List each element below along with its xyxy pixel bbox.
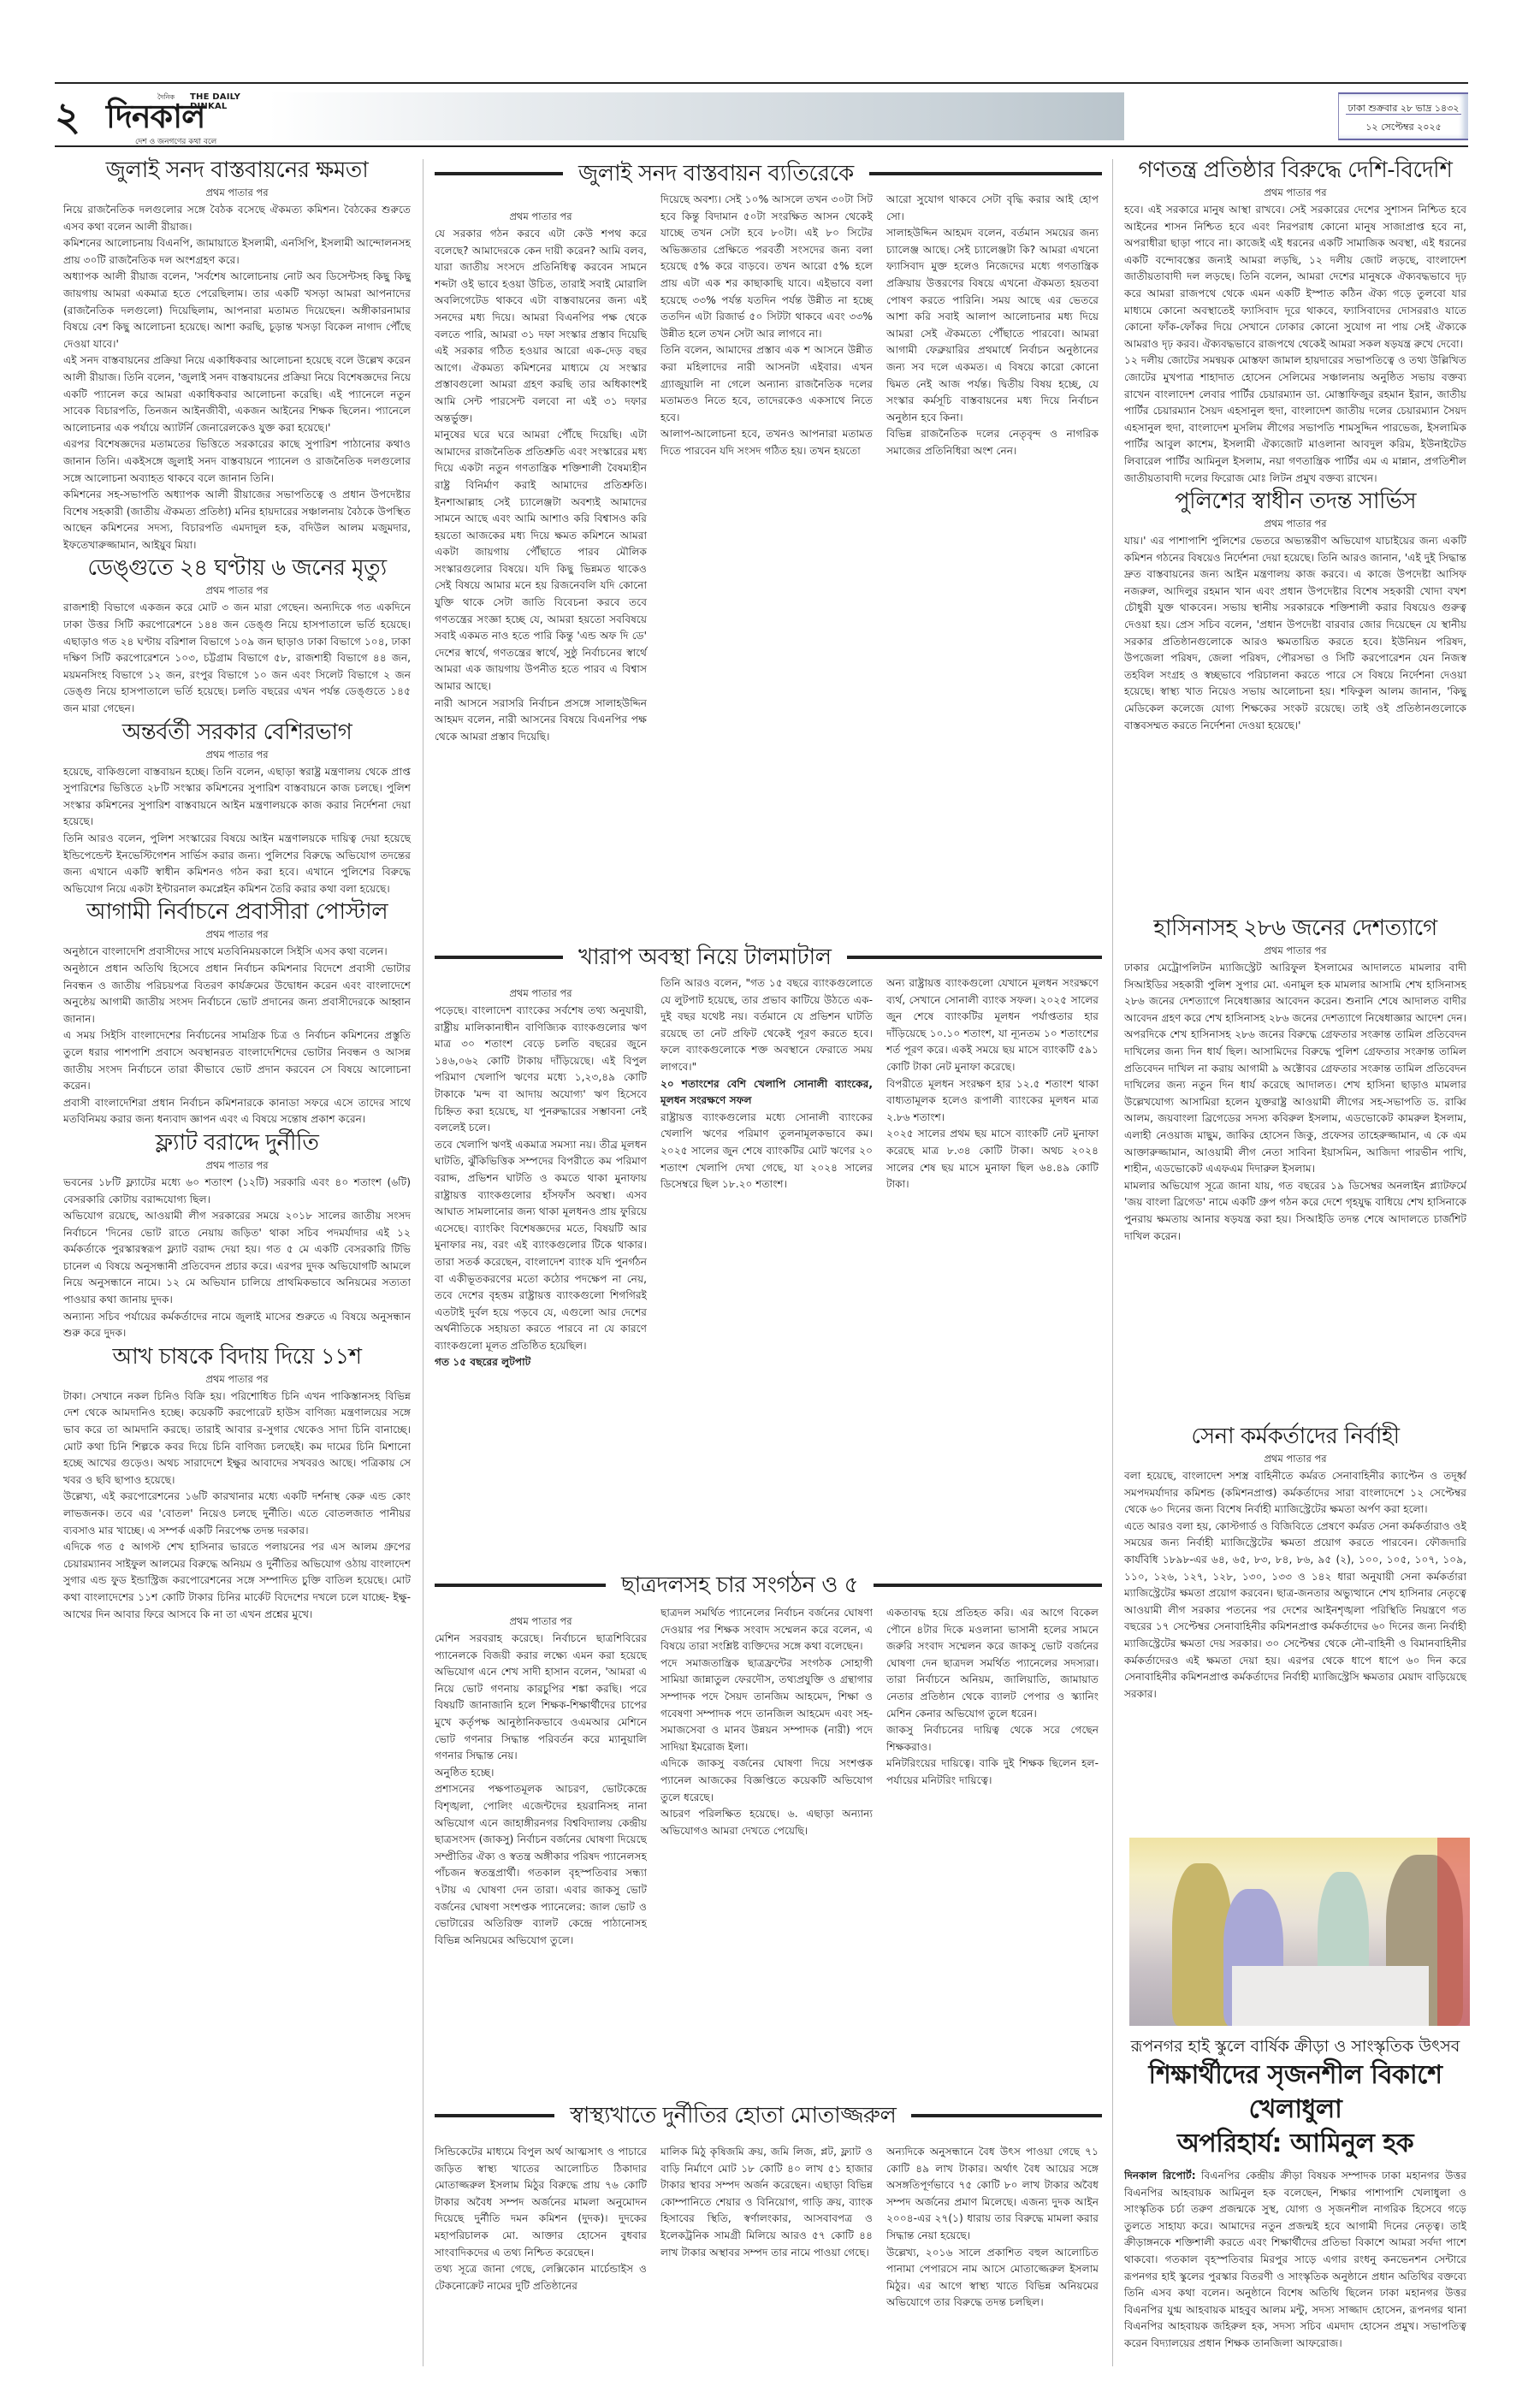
paragraph: ঢাকার মেট্রোপলিটন ম্যাজিস্ট্রেট আরিফুল ই… — [1124, 960, 1466, 1178]
masthead-gradient-band — [269, 92, 1124, 140]
article-column: আরো সুযোগ থাকবে সেটা বৃদ্ধি করার আই হোপ … — [886, 192, 1099, 460]
headline-rule — [869, 172, 1102, 175]
article-bad-condition: খারাপ অবস্থা নিয়ে টালমাটাল — [435, 943, 1102, 972]
headline[interactable]: অন্তর্বর্তী সরকার বেশিরভাগ — [63, 718, 411, 747]
newspaper-page: ২ দৈনিক THE DAILY DINKAL দিনকাল দেশ ও জন… — [55, 82, 1468, 2375]
paragraph: বিভিন্ন রাজনৈতিক দলের নেতৃবৃন্দ ও নাগরিক… — [886, 426, 1099, 459]
paragraph: ছাত্রদল সমর্থিত প্যানেলের নির্বাচন বর্জন… — [660, 1605, 873, 1655]
article-health-corruption: স্বাস্থ্যখাতে দুর্নীতির হোতা মোতাজ্জরুল — [435, 2101, 1102, 2130]
headline[interactable]: জুলাই সনদ বাস্তবায়নের ক্ষমতা — [63, 156, 411, 185]
article-july-charter-without: জুলাই সনদ বাস্তবায়ন ব্যতিরেকে — [435, 159, 1102, 188]
headline-row: খারাপ অবস্থা নিয়ে টালমাটাল — [435, 943, 1102, 972]
jump-label: প্রথম পাতার পর — [1124, 185, 1466, 200]
paragraph: টাকা। সেখানে নকল চিনিও বিক্রি হয়। পরিশো… — [63, 1388, 411, 1489]
paragraph: উল্লেখ্য, ২০১৬ সালে প্রকাশিত বহুল আলোচিত… — [886, 2245, 1099, 2312]
right-column-lower: সেনা কর্মকর্তাদের নির্বাহী প্রথম পাতার প… — [1124, 1422, 1466, 1827]
article-july-charter-power: জুলাই সনদ বাস্তবায়নের ক্ষমতা প্রথম পাতা… — [63, 156, 411, 554]
headline[interactable]: স্বাস্থ্যখাতে দুর্নীতির হোতা মোতাজ্জরুল — [570, 2101, 896, 2130]
paragraph: নিয়ে রাজনৈতিক দলগুলোর সঙ্গে বৈঠক বসেছে … — [63, 202, 411, 235]
headline[interactable]: গণতন্ত্র প্রতিষ্ঠার বিরুদ্ধে দেশি-বিদেশি — [1124, 156, 1466, 185]
paragraph: ২০২৫ সালের প্রথম ছয় মাসে ব্যাংকটি নেট ম… — [886, 1126, 1099, 1193]
paragraph: মালিক মিঠু কৃষিজমি ক্রয়, জমি লিজ, প্লট,… — [660, 2144, 873, 2261]
article-column: দিয়েছে অবশ্য। সেই ১০% আসলে তখন ৩০টা সিট… — [660, 192, 873, 460]
headline[interactable]: ছাত্রদলসহ চার সংগঠন ও ৫ — [621, 1571, 858, 1600]
paragraph: প্রবাসী বাংলাদেশিরা প্রধান নির্বাচন কমিশ… — [63, 1095, 411, 1128]
jump-label: প্রথম পাতার পর — [63, 185, 411, 200]
article-police-service: পুলিশের স্বাধীন তদন্ত সার্ভিস প্রথম পাতা… — [1124, 487, 1466, 734]
headline-rule — [874, 1584, 1102, 1587]
article-column: প্রথম পাতার পর পড়েছে। বাংলাদেশ ব্যাংকের… — [435, 986, 647, 1371]
body-text: বিএনপির কেন্দ্রীয় ক্রীড়া বিষয়ক সম্পাদ… — [1124, 2170, 1466, 2349]
paragraph: রাষ্ট্রায়ত্ত ব্যাংকগুলোর মধ্যে সোনালী ব… — [660, 1110, 873, 1193]
headline[interactable]: আখ চাষকে বিদায় দিয়ে ১১শ — [63, 1342, 411, 1371]
paragraph: বিপরীতে মূলধন সংরক্ষণ হার ১২.৫ শতাংশ থাক… — [886, 1076, 1099, 1127]
paragraph: এদিকে গত ৫ আগস্ট শেখ হাসিনার ভারতে পলায়… — [63, 1539, 411, 1623]
jump-label: প্রথম পাতার পর — [63, 1158, 411, 1173]
left-column: জুলাই সনদ বাস্তবায়নের ক্ষমতা প্রথম পাতা… — [63, 156, 411, 1623]
jump-label: প্রথম পাতার পর — [1124, 516, 1466, 531]
headline-rule — [435, 172, 563, 175]
paragraph: অনুষ্ঠানে বাংলাদেশি প্রবাসীদের সাথে মতবি… — [63, 944, 411, 961]
headline-row: জুলাই সনদ বাস্তবায়ন ব্যতিরেকে — [435, 159, 1102, 188]
article-column: একতাবদ্ধ হয়ে প্রতিহত করি। এর আগে বিকেল … — [886, 1605, 1099, 2093]
paragraph: একতাবদ্ধ হয়ে প্রতিহত করি। এর আগে বিকেল … — [886, 1605, 1099, 1722]
headline-row: ছাত্রদলসহ চার সংগঠন ও ৫ — [435, 1571, 1102, 1600]
headline-line-2[interactable]: অপরিহার্য: আমিনুল হক — [1124, 2127, 1466, 2161]
headline-rule — [435, 2114, 554, 2117]
paragraph: মেশিন সরবরাহ করেছে। নির্বাচনে ছাত্রশিবির… — [435, 1631, 647, 1765]
headline[interactable]: আগামী নির্বাচনে প্রবাসীরা পোস্টাল — [63, 897, 411, 927]
newspaper-logo[interactable]: দৈনিক THE DAILY DINKAL দিনকাল দেশ ও জনগণ… — [106, 87, 277, 145]
article-column: প্রথম পাতার পর মেশিন সরবরাহ করেছে। নির্ব… — [435, 1613, 647, 2093]
paragraph: হয়েছে, বাকিগুলো বাস্তবায়ন হচ্ছে। তিনি … — [63, 764, 411, 831]
headline[interactable]: হাসিনাসহ ২৮৬ জনের দেশত্যাগে — [1124, 914, 1466, 943]
jump-label: প্রথম পাতার পর — [1124, 1451, 1466, 1466]
paragraph: মামলার অভিযোগ সূত্রে জানা যায়, গত বছরের… — [1124, 1178, 1466, 1245]
paragraph: অভিযোগ রয়েছে, আওয়ামী লীগ সরকারের সময়ে… — [63, 1208, 411, 1309]
right-column-top: গণতন্ত্র প্রতিষ্ঠার বিরুদ্ধে দেশি-বিদেশি… — [1124, 156, 1466, 909]
paragraph: কমিশনের সহ-সভাপতি অধ্যাপক আলী রীয়াজের স… — [63, 487, 411, 554]
column-divider — [1112, 159, 1113, 2366]
paragraph: এ সময় সিইসি বাংলাদেশের নির্বাচনের সামগ্… — [63, 1027, 411, 1094]
headline-rule — [435, 956, 563, 959]
article-column: অন্য রাষ্ট্রায়ত্ত ব্যাংকগুলো যেখানে মূল… — [886, 975, 1099, 1193]
headline[interactable]: ডেঙ্গুতে ২৪ ঘণ্টায় ৬ জনের মৃত্যু — [63, 554, 411, 583]
article-column: অন্যদিকে অনুসন্ধানে বৈধ উৎস পাওয়া গেছে … — [886, 2144, 1099, 2358]
headline[interactable]: সেনা কর্মকর্তাদের নির্বাহী — [1124, 1422, 1466, 1451]
paragraph: সিন্ডিকেটের মাধ্যমে বিপুল অর্থ আত্মসাৎ ও… — [435, 2144, 647, 2261]
article-flat-corruption: ফ্ল্যাট বরাদ্দে দুর্নীতি প্রথম পাতার পর … — [63, 1128, 411, 1342]
paragraph: তবে খেলাপি ঋণই একমাত্র সমস্যা নয়। তীব্র… — [435, 1137, 647, 1355]
paragraph: এই সনদ বাস্তবায়নের প্রক্রিয়া নিয়ে একা… — [63, 352, 411, 436]
paragraph: এরপর বিশেষজ্ঞদের মতামতের ভিত্তিতে সরকারে… — [63, 436, 411, 487]
paragraph: এদিকে জাকসু বর্জনের ঘোষণা দিয়ে সংশপ্তক … — [660, 1756, 873, 1806]
article-column: তিনি আরও বলেন, "গত ১৫ বছরে ব্যাংকগুলোতে … — [660, 975, 873, 1193]
paragraph: হবে। এই সরকারে মানুষ আস্থা রাখবে। সেই সর… — [1124, 202, 1466, 352]
right-column-mid: হাসিনাসহ ২৮৬ জনের দেশত্যাগে প্রথম পাতার … — [1124, 914, 1466, 1418]
jump-label: প্রথম পাতার পর — [435, 209, 647, 224]
kicker: রূপনগর হাই স্কুলে বার্ষিক ক্রীড়া ও সাংস… — [1124, 2034, 1466, 2058]
reporter-credit: দিনকাল রিপোর্ট: — [1124, 2170, 1196, 2182]
column-divider — [423, 159, 423, 2366]
jump-label: প্রথম পাতার পর — [435, 1613, 647, 1629]
headline-rule — [911, 2114, 1102, 2117]
paragraph: অনুষ্ঠানে প্রধান অতিথি হিসেবে প্রধান নির… — [63, 961, 411, 1027]
article-column: মালিক মিঠু কৃষিজমি ক্রয়, জমি লিজ, প্লট,… — [660, 2144, 873, 2358]
jump-label: প্রথম পাতার পর — [63, 747, 411, 762]
headline[interactable]: ফ্ল্যাট বরাদ্দে দুর্নীতি — [63, 1128, 411, 1158]
headline[interactable]: খারাপ অবস্থা নিয়ে টালমাটাল — [578, 943, 832, 972]
headline-line-1[interactable]: শিক্ষার্থীদের সৃজনশীল বিকাশে খেলাধুলা — [1124, 2058, 1466, 2127]
paragraph: দিয়েছে অবশ্য। সেই ১০% আসলে তখন ৩০টা সিট… — [660, 192, 873, 342]
logo-name: দিনকাল — [106, 99, 204, 133]
jump-label: প্রথম পাতার পর — [435, 986, 647, 1001]
paragraph: অন্য রাষ্ট্রায়ত্ত ব্যাংকগুলো যেখানে মূল… — [886, 975, 1099, 1076]
headline-row: স্বাস্থ্যখাতে দুর্নীতির হোতা মোতাজ্জরুল — [435, 2101, 1102, 2130]
jump-label: প্রথম পাতার পর — [1124, 943, 1466, 958]
paragraph: তিনি আরও বলেন, "গত ১৫ বছরে ব্যাংকগুলোতে … — [660, 975, 873, 1076]
subhead: গত ১৫ বছরের লুটপাট — [435, 1354, 647, 1371]
paragraph: ১২ দলীয় জোটের সমন্বয়ক মোস্তফা জামাল হা… — [1124, 352, 1466, 487]
paragraph: আচরণ পরিলক্ষিত হয়েছে। ৬. এছাড়া অন্যান্… — [660, 1806, 873, 1839]
paragraph: নারী আসনে সরাসরি নির্বাচন প্রসঙ্গে সালাহ… — [435, 696, 647, 746]
article-sugarcane: আখ চাষকে বিদায় দিয়ে ১১শ প্রথম পাতার পর… — [63, 1342, 411, 1623]
subhead: ২০ শতাংশের বেশি খেলাপি সোনালী ব্যাংকের, … — [660, 1076, 873, 1110]
paragraph: তথ্য সূত্রে জানা গেছে, লেক্সিকোন মার্চেন… — [435, 2261, 647, 2294]
paragraph: যে সরকার গঠন করবে এটা কেউ শপথ করে বলেছে?… — [435, 226, 647, 427]
paragraph: কমিশনের আলোচনায় বিএনপি, জামায়াতে ইসলাম… — [63, 235, 411, 269]
article-expat-postal: আগামী নির্বাচনে প্রবাসীরা পোস্টাল প্রথম … — [63, 897, 411, 1128]
photo-table — [1232, 1966, 1429, 2026]
photo-banner — [1437, 1838, 1470, 2026]
paragraph: মানুষের ঘরে ঘরে আমরা পৌঁছে দিয়েছি। এটা … — [435, 427, 647, 696]
paragraph: আলাপ-আলোচনা হবে, তখনও আপনারা মতামত দিতে … — [660, 426, 873, 459]
article-column: প্রথম পাতার পর যে সরকার গঠন করবে এটা কেউ… — [435, 209, 647, 745]
article-dengue: ডেঙ্গুতে ২৪ ঘণ্টায় ৬ জনের মৃত্যু প্রথম … — [63, 554, 411, 717]
article-column: সিন্ডিকেটের মাধ্যমে বিপুল অর্থ আত্মসাৎ ও… — [435, 2144, 647, 2358]
article-army-magistracy: সেনা কর্মকর্তাদের নির্বাহী প্রথম পাতার প… — [1124, 1422, 1466, 1702]
headline-rule — [435, 1584, 606, 1587]
paragraph: রাজশাহী বিভাগে একজন করে মোট ৩ জন মারা গে… — [63, 600, 411, 717]
paragraph: তিনি আরও বলেন, পুলিশ সংস্কারের বিষয়ে আই… — [63, 831, 411, 897]
paragraph: পদে সমাজতান্ত্রিক ছাত্রফ্রন্টের সংগঠক সো… — [660, 1655, 873, 1756]
date-box: ঢাকা শুক্রবার ২৮ ভাদ্র ১৪৩২ ১২ সেপ্টেম্ব… — [1338, 92, 1468, 140]
paragraph: তিনি বলেন, আমাদের প্রস্তাব এক শ আসনে উন্… — [660, 342, 873, 426]
paragraph: জাকসু নির্বাচনের দায়িত্ব থেকে সরে গেছেন… — [886, 1722, 1099, 1756]
masthead: ২ দৈনিক THE DAILY DINKAL দিনকাল দেশ ও জন… — [55, 82, 1468, 147]
article-democracy: গণতন্ত্র প্রতিষ্ঠার বিরুদ্ধে দেশি-বিদেশি… — [1124, 156, 1466, 487]
article-column: ছাত্রদল সমর্থিত প্যানেলের নির্বাচন বর্জন… — [660, 1605, 873, 2093]
student-award-photo[interactable] — [1129, 1838, 1470, 2026]
paragraph: অনুষ্ঠিত হচ্ছে। — [435, 1765, 647, 1782]
paragraph: আরো সুযোগ থাকবে সেটা বৃদ্ধি করার আই হোপ … — [886, 192, 1099, 225]
article-body: দিনকাল রিপোর্ট: বিএনপির কেন্দ্রীয় ক্রীড… — [1124, 2168, 1466, 2392]
headline-rule — [847, 956, 1103, 959]
paragraph: মনিটরিংয়ের দায়িত্বে। বাকি দুই শিক্ষক ছ… — [886, 1756, 1099, 1789]
article-rupnagar-school: রূপনগর হাই স্কুলে বার্ষিক ক্রীড়া ও সাংস… — [1124, 2034, 1466, 2392]
article-interim-govt: অন্তর্বর্তী সরকার বেশিরভাগ প্রথম পাতার প… — [63, 718, 411, 898]
headline[interactable]: পুলিশের স্বাধীন তদন্ত সার্ভিস — [1124, 487, 1466, 516]
headline[interactable]: জুলাই সনদ বাস্তবায়ন ব্যতিরেকে — [578, 159, 854, 188]
paragraph: সালাহউদ্দিন আহমদ বলেন, বর্তমান সময়ের জন… — [886, 225, 1099, 426]
paragraph: পড়েছে। বাংলাদেশ ব্যাংকের সর্বশেষ তথ্য অ… — [435, 1003, 647, 1137]
paragraph: ভবনের ১৮টি ফ্ল্যাটের মধ্যে ৬০ শতাংশ (১২ট… — [63, 1175, 411, 1208]
paragraph: অন্যান্য সচিব পর্যায়ের কর্মকর্তাদের নাম… — [63, 1309, 411, 1342]
article-hasina-travel-ban: হাসিনাসহ ২৮৬ জনের দেশত্যাগে প্রথম পাতার … — [1124, 914, 1466, 1245]
jump-label: প্রথম পাতার পর — [63, 927, 411, 942]
paragraph: বলা হয়েছে, বাংলাদেশ সশস্ত্র বাহিনীতে কর… — [1124, 1468, 1466, 1519]
paragraph: প্রশাসনের পক্ষপাতমূলক আচরণ, ভোটকেন্দ্রে … — [435, 1781, 647, 1949]
article-student-union: ছাত্রদলসহ চার সংগঠন ও ৫ — [435, 1571, 1102, 1600]
paragraph: অন্যদিকে অনুসন্ধানে বৈধ উৎস পাওয়া গেছে … — [886, 2144, 1099, 2245]
page-number: ২ — [55, 92, 80, 140]
paragraph: এতে আরও বলা হয়, কোস্টগার্ড ও বিজিবিতে প… — [1124, 1519, 1466, 1703]
paragraph: যায়।' এর পাশাপাশি পুলিশের ভেতরে অভ্যন্ত… — [1124, 533, 1466, 734]
paragraph: উল্লেখ্য, এই করপোরেশনের ১৬টি কারখানার মধ… — [63, 1489, 411, 1539]
logo-tagline: দেশ ও জনগণের কথা বলে — [135, 135, 216, 148]
jump-label: প্রথম পাতার পর — [63, 583, 411, 598]
jump-label: প্রথম পাতার পর — [63, 1371, 411, 1387]
paragraph: অধ্যাপক আলী রীয়াজ বলেন, 'সর্বশেষ আলোচনা… — [63, 269, 411, 352]
date-bangla: ঢাকা শুক্রবার ২৮ ভাদ্র ১৪৩২ — [1346, 94, 1461, 115]
date-english: ১২ সেপ্টেম্বর ২০২৫ — [1339, 115, 1468, 136]
